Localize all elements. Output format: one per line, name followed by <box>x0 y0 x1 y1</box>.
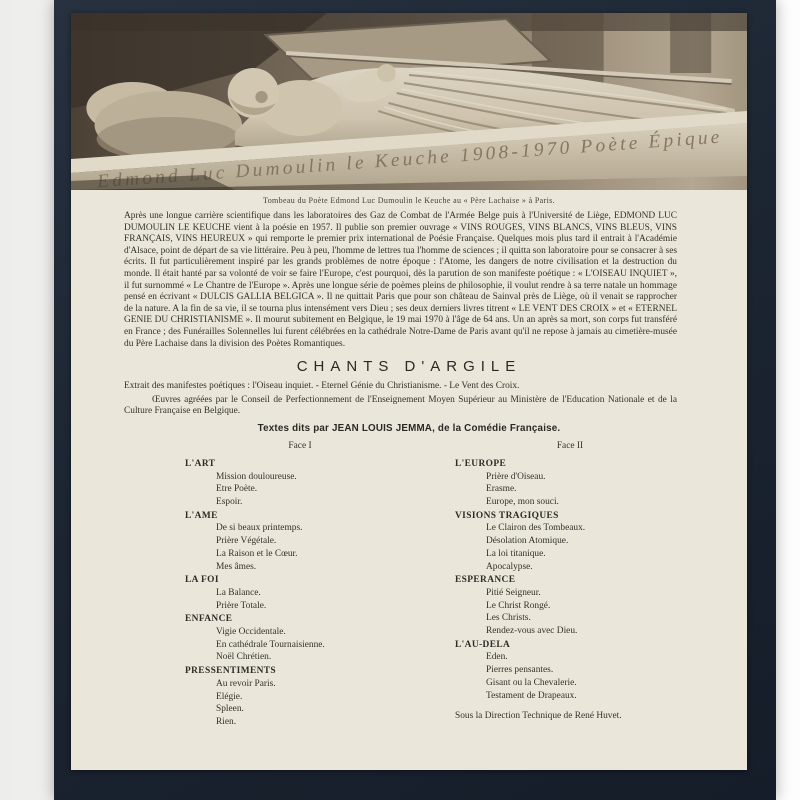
section-title: ENFANCE <box>185 613 455 626</box>
photo-effigy-ear <box>255 91 267 103</box>
face-2-column: Face II L'EUROPEPrière d'Oiseau.Erasme.E… <box>455 441 747 729</box>
face-1-sections: L'ARTMission douloureuse.Etre Poète.Espo… <box>185 458 455 729</box>
track-item: Le Christ Rongé. <box>455 600 747 613</box>
section-title: ESPERANCE <box>455 574 747 587</box>
photo-caption: Tombeau du Poète Edmond Luc Dumoulin le … <box>71 190 747 206</box>
track-item: Elégie. <box>185 691 455 704</box>
track-item: Rendez-vous avec Dieu. <box>455 625 747 638</box>
track-item: Désolation Atomique. <box>455 535 747 548</box>
liner-notes-page: Edmond Luc Dumoulin le Keuche 1908-1970 … <box>71 13 747 770</box>
track-item: Prière Totale. <box>185 600 455 613</box>
biography-paragraph: Après une longue carrière scientifique d… <box>124 211 677 350</box>
track-item: Europe, mon souci. <box>455 496 747 509</box>
track-item: Gisant ou la Chevalerie. <box>455 677 747 690</box>
technical-direction-credit: Sous la Direction Technique de René Huve… <box>455 711 747 721</box>
track-item: La loi titanique. <box>455 548 747 561</box>
track-item: Prière d'Oiseau. <box>455 471 747 484</box>
track-item: Apocalypse. <box>455 561 747 574</box>
track-section: VISIONS TRAGIQUESLe Clairon des Tombeaux… <box>455 510 747 574</box>
track-item: Noël Chrétien. <box>185 651 455 664</box>
tracklist-columns: Face I L'ARTMission douloureuse.Etre Poè… <box>185 441 747 729</box>
track-item: Testament de Drapeaux. <box>455 690 747 703</box>
track-section: L'AMEDe si beaux printemps.Prière Végéta… <box>185 510 455 574</box>
face-1-label: Face I <box>185 441 415 451</box>
track-section: L'ARTMission douloureuse.Etre Poète.Espo… <box>185 458 455 509</box>
track-item: Au revoir Paris. <box>185 678 455 691</box>
oeuvres-agreees-line: Œuvres agréées par le Conseil de Perfect… <box>124 395 677 418</box>
manifestes-line: Extrait des manifestes poétiques : l'Ois… <box>124 381 677 393</box>
section-title: L'AU-DELA <box>455 639 747 652</box>
photo-effigy-hand-knot <box>377 64 395 82</box>
track-section: PRESSENTIMENTSAu revoir Paris.Elégie.Spl… <box>185 665 455 729</box>
track-item: Mes âmes. <box>185 561 455 574</box>
track-section: ENFANCEVigie Occidentale.En cathédrale T… <box>185 613 455 664</box>
track-item: Vigie Occidentale. <box>185 626 455 639</box>
tomb-photo-illustration: Edmond Luc Dumoulin le Keuche 1908-1970 … <box>71 13 747 190</box>
track-section: ESPERANCEPitié Seigneur.Le Christ Rongé.… <box>455 574 747 638</box>
section-title: L'ART <box>185 458 455 471</box>
track-item: Espoir. <box>185 496 455 509</box>
section-title: PRESSENTIMENTS <box>185 665 455 678</box>
textes-dits-line: Textes dits par JEAN LOUIS JEMMA, de la … <box>71 423 747 434</box>
album-cover: Edmond Luc Dumoulin le Keuche 1908-1970 … <box>54 0 776 800</box>
track-item: Rien. <box>185 716 455 729</box>
section-title: LA FOI <box>185 574 455 587</box>
track-item: De si beaux printemps. <box>185 522 455 535</box>
track-item: Le Clairon des Tombeaux. <box>455 522 747 535</box>
track-section: L'AU-DELAEden.Pierres pensantes.Gisant o… <box>455 639 747 703</box>
track-item: Spleen. <box>185 703 455 716</box>
track-item: Pitié Seigneur. <box>455 587 747 600</box>
track-section: L'EUROPEPrière d'Oiseau.Erasme.Europe, m… <box>455 458 747 509</box>
face-2-label: Face II <box>455 441 685 451</box>
face-2-sections: L'EUROPEPrière d'Oiseau.Erasme.Europe, m… <box>455 458 747 702</box>
face-1-column: Face I L'ARTMission douloureuse.Etre Poè… <box>185 441 455 729</box>
track-item: Mission douloureuse. <box>185 471 455 484</box>
track-item: En cathédrale Tournaisienne. <box>185 639 455 652</box>
section-title: L'EUROPE <box>455 458 747 471</box>
album-title: CHANTS D'ARGILE <box>71 358 747 375</box>
section-title: L'AME <box>185 510 455 523</box>
track-item: Erasme. <box>455 483 747 496</box>
track-item: Pierres pensantes. <box>455 664 747 677</box>
track-item: Etre Poète. <box>185 483 455 496</box>
track-section: LA FOILa Balance.Prière Totale. <box>185 574 455 612</box>
track-item: Les Christs. <box>455 612 747 625</box>
track-item: Prière Végétale. <box>185 535 455 548</box>
track-item: Eden. <box>455 651 747 664</box>
section-title: VISIONS TRAGIQUES <box>455 510 747 523</box>
track-item: La Raison et le Cœur. <box>185 548 455 561</box>
photo-pillar <box>670 13 711 73</box>
track-item: La Balance. <box>185 587 455 600</box>
